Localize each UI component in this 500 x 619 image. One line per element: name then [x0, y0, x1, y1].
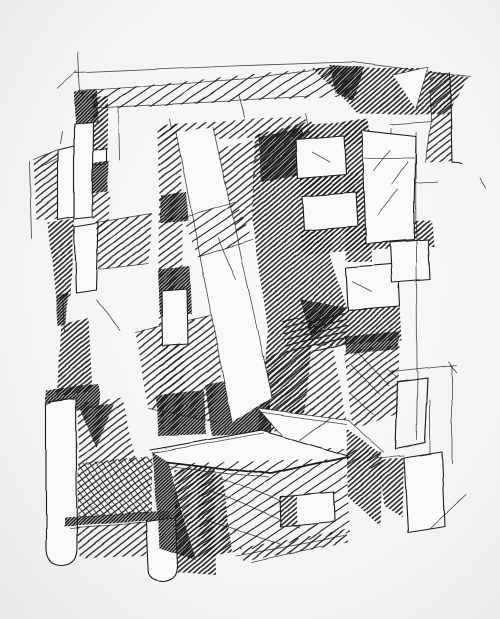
- ink-layer: [30, 52, 486, 581]
- ink-sketch-canvas: [0, 0, 500, 619]
- left-panel-stack: [30, 90, 152, 332]
- top-beam-band: [58, 52, 470, 114]
- ink-sketch-photo: [0, 0, 500, 619]
